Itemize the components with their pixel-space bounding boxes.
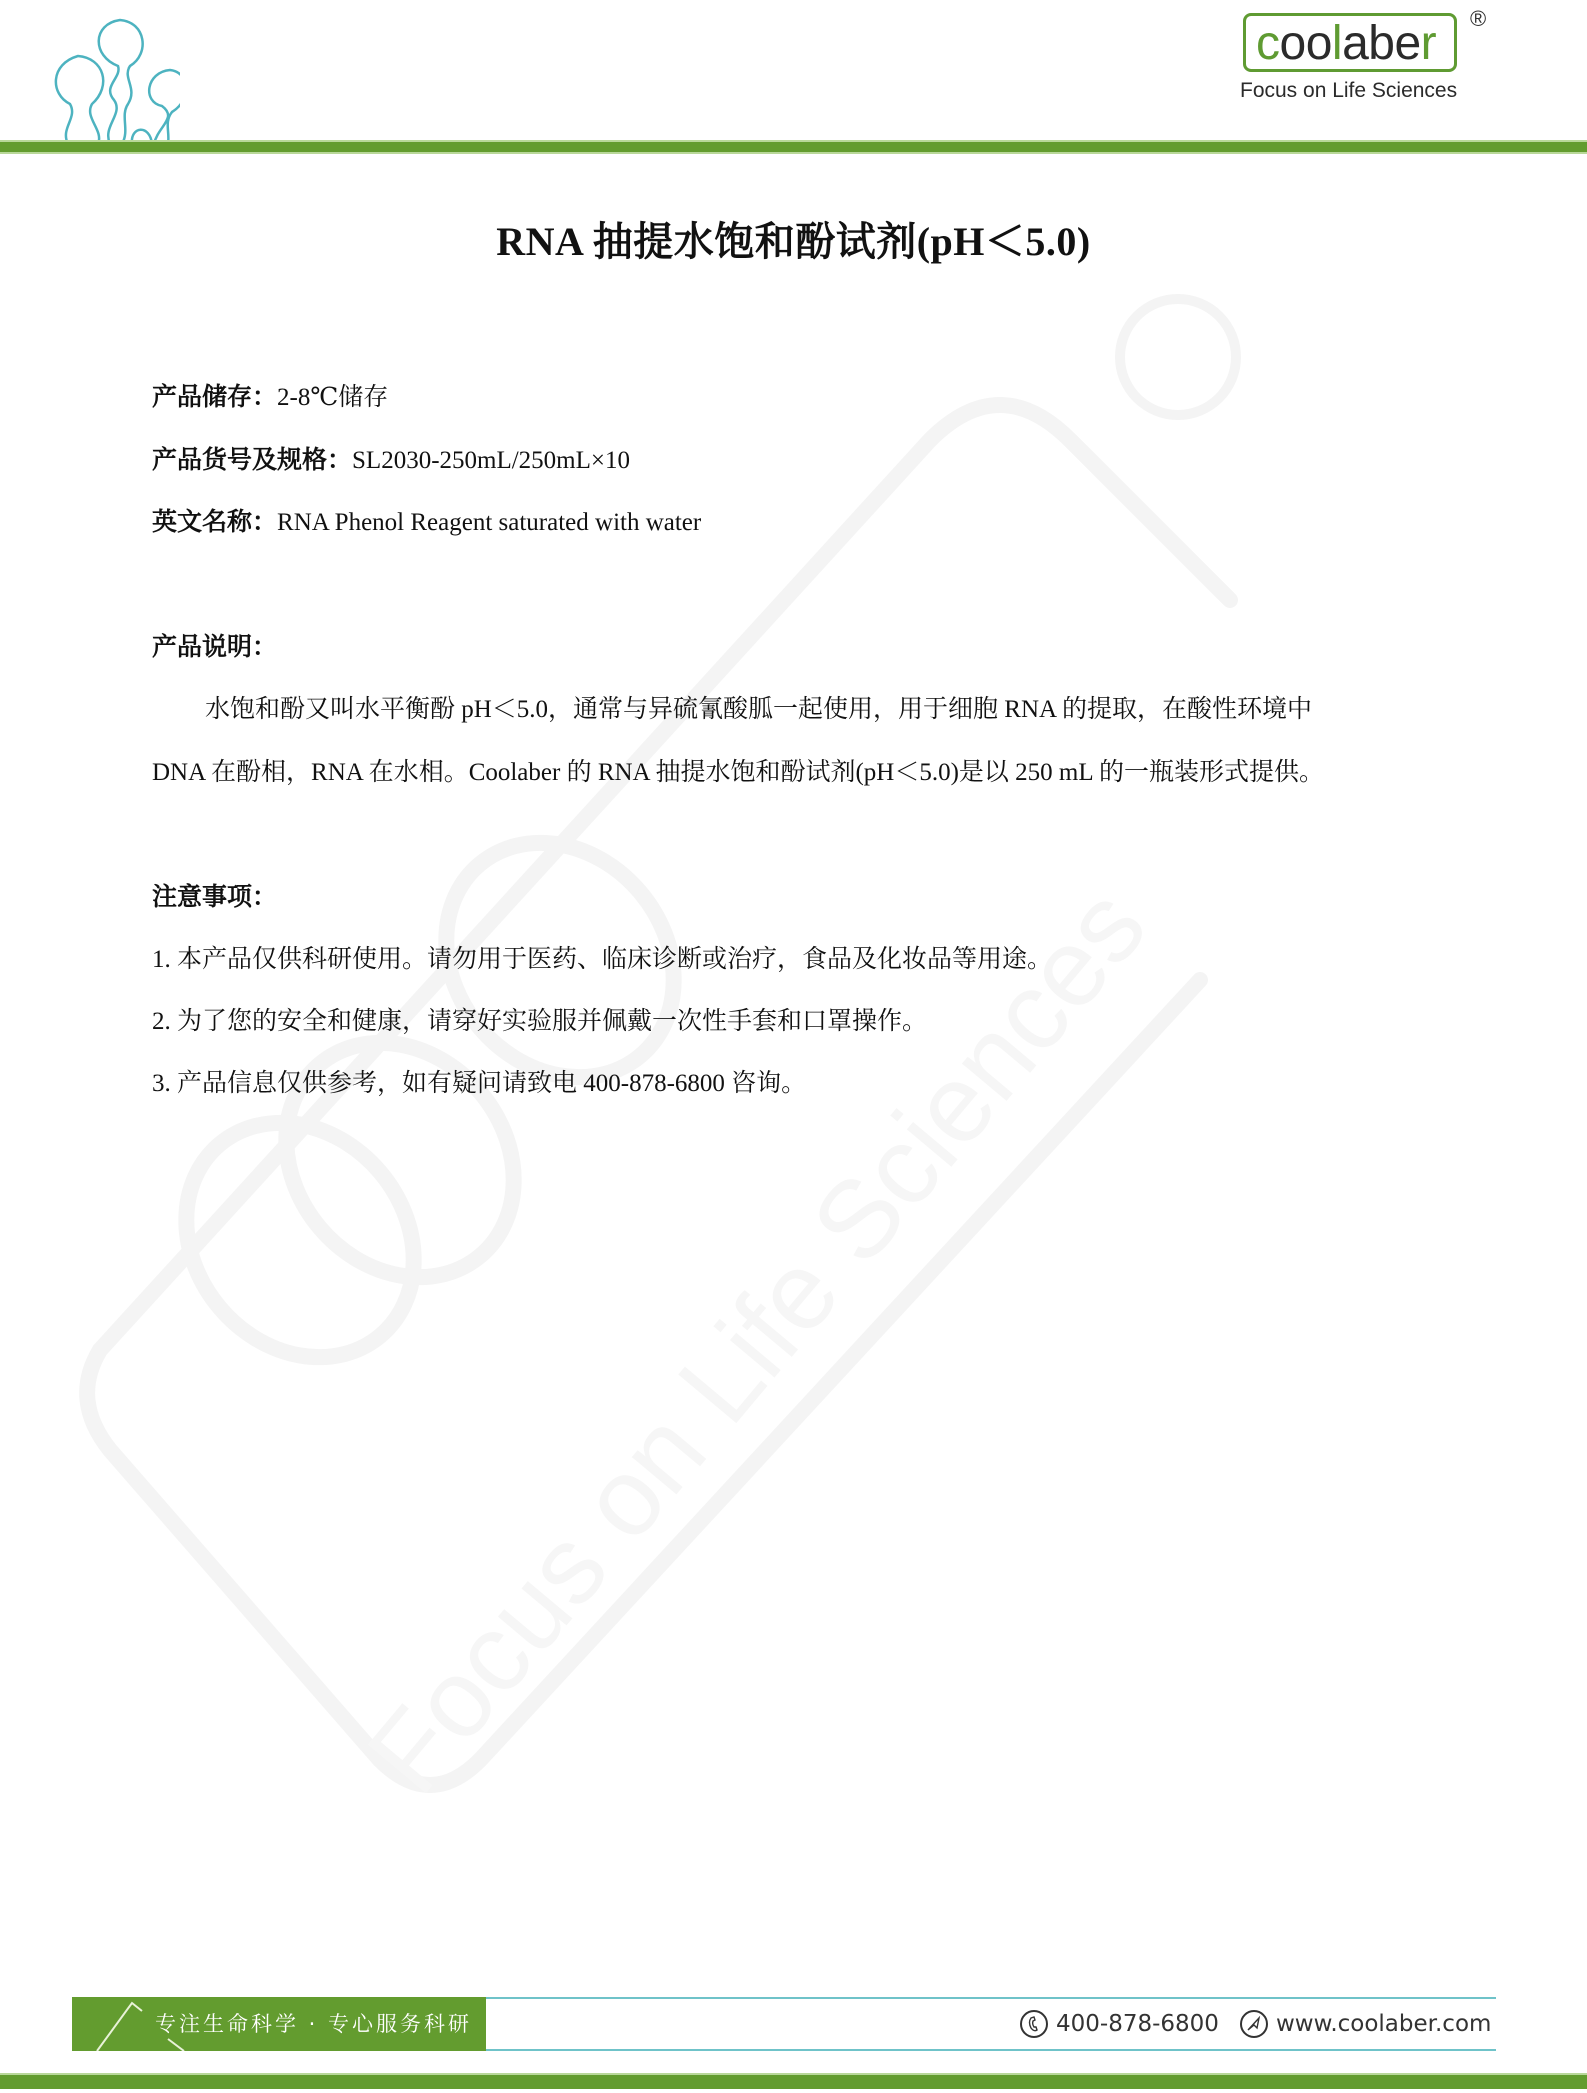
logo-wordmark: coolaber — [1256, 18, 1436, 70]
tagline: Focus on Life Sciences — [1240, 79, 1457, 103]
phone-number[interactable]: 400-878-6800 — [1056, 2011, 1219, 2037]
logo-frame: coolaber — [1243, 13, 1457, 72]
description-heading: 产品说明： — [152, 627, 277, 663]
field-label: 产品储存： — [152, 384, 277, 411]
footer-slogan: 专注生命科学 · 专心服务科研 — [155, 2008, 472, 2038]
note-item: 1. 本产品仅供科研使用。请勿用于医药、临床诊断或治疗，食品及化妆品等用途。 — [152, 939, 1052, 975]
cursor-icon — [1240, 2010, 1268, 2038]
bottom-divider-bar — [0, 2073, 1587, 2089]
document-title: RNA 抽提水饱和酚试剂(pH＜5.0) — [0, 210, 1587, 267]
field-catalog-number: 产品货号及规格：SL2030-250mL/250mL×10 — [152, 440, 630, 476]
field-storage: 产品储存：2-8℃储存 — [152, 377, 388, 413]
footer-website: www.coolaber.com — [1240, 2006, 1491, 2042]
phone-icon — [1020, 2010, 1048, 2038]
field-value: SL2030-250mL/250mL×10 — [352, 447, 630, 474]
description-line-1: 水饱和酚又叫水平衡酚 pH＜5.0，通常与异硫氰酸胍一起使用，用于细胞 RNA … — [152, 689, 1437, 725]
registered-mark: ® — [1470, 6, 1486, 32]
field-value: RNA Phenol Reagent saturated with water — [277, 509, 701, 536]
field-label: 英文名称： — [152, 509, 277, 536]
footer-phone: 400-878-6800 — [1020, 2006, 1219, 2042]
description-line-2: DNA 在酚相，RNA 在水相。Coolaber 的 RNA 抽提水饱和酚试剂(… — [152, 752, 1437, 788]
header-divider-bar — [0, 140, 1587, 154]
field-label: 产品货号及规格： — [152, 447, 352, 474]
field-english-name: 英文名称：RNA Phenol Reagent saturated with w… — [152, 502, 701, 538]
field-value: 2-8℃储存 — [277, 384, 388, 411]
note-item: 3. 产品信息仅供参考，如有疑问请致电 400-878-6800 咨询。 — [152, 1063, 806, 1099]
footer-top-line — [486, 1997, 1496, 1999]
notes-heading: 注意事项： — [152, 877, 277, 913]
bubble-decoration-icon — [30, 8, 180, 144]
footer-bottom-line — [486, 2049, 1496, 2051]
website-link[interactable]: www.coolaber.com — [1276, 2011, 1491, 2037]
note-item: 2. 为了您的安全和健康，请穿好实验服并佩戴一次性手套和口罩操作。 — [152, 1001, 927, 1037]
watermark: Focus on Life Sciences — [0, 0, 1587, 2093]
